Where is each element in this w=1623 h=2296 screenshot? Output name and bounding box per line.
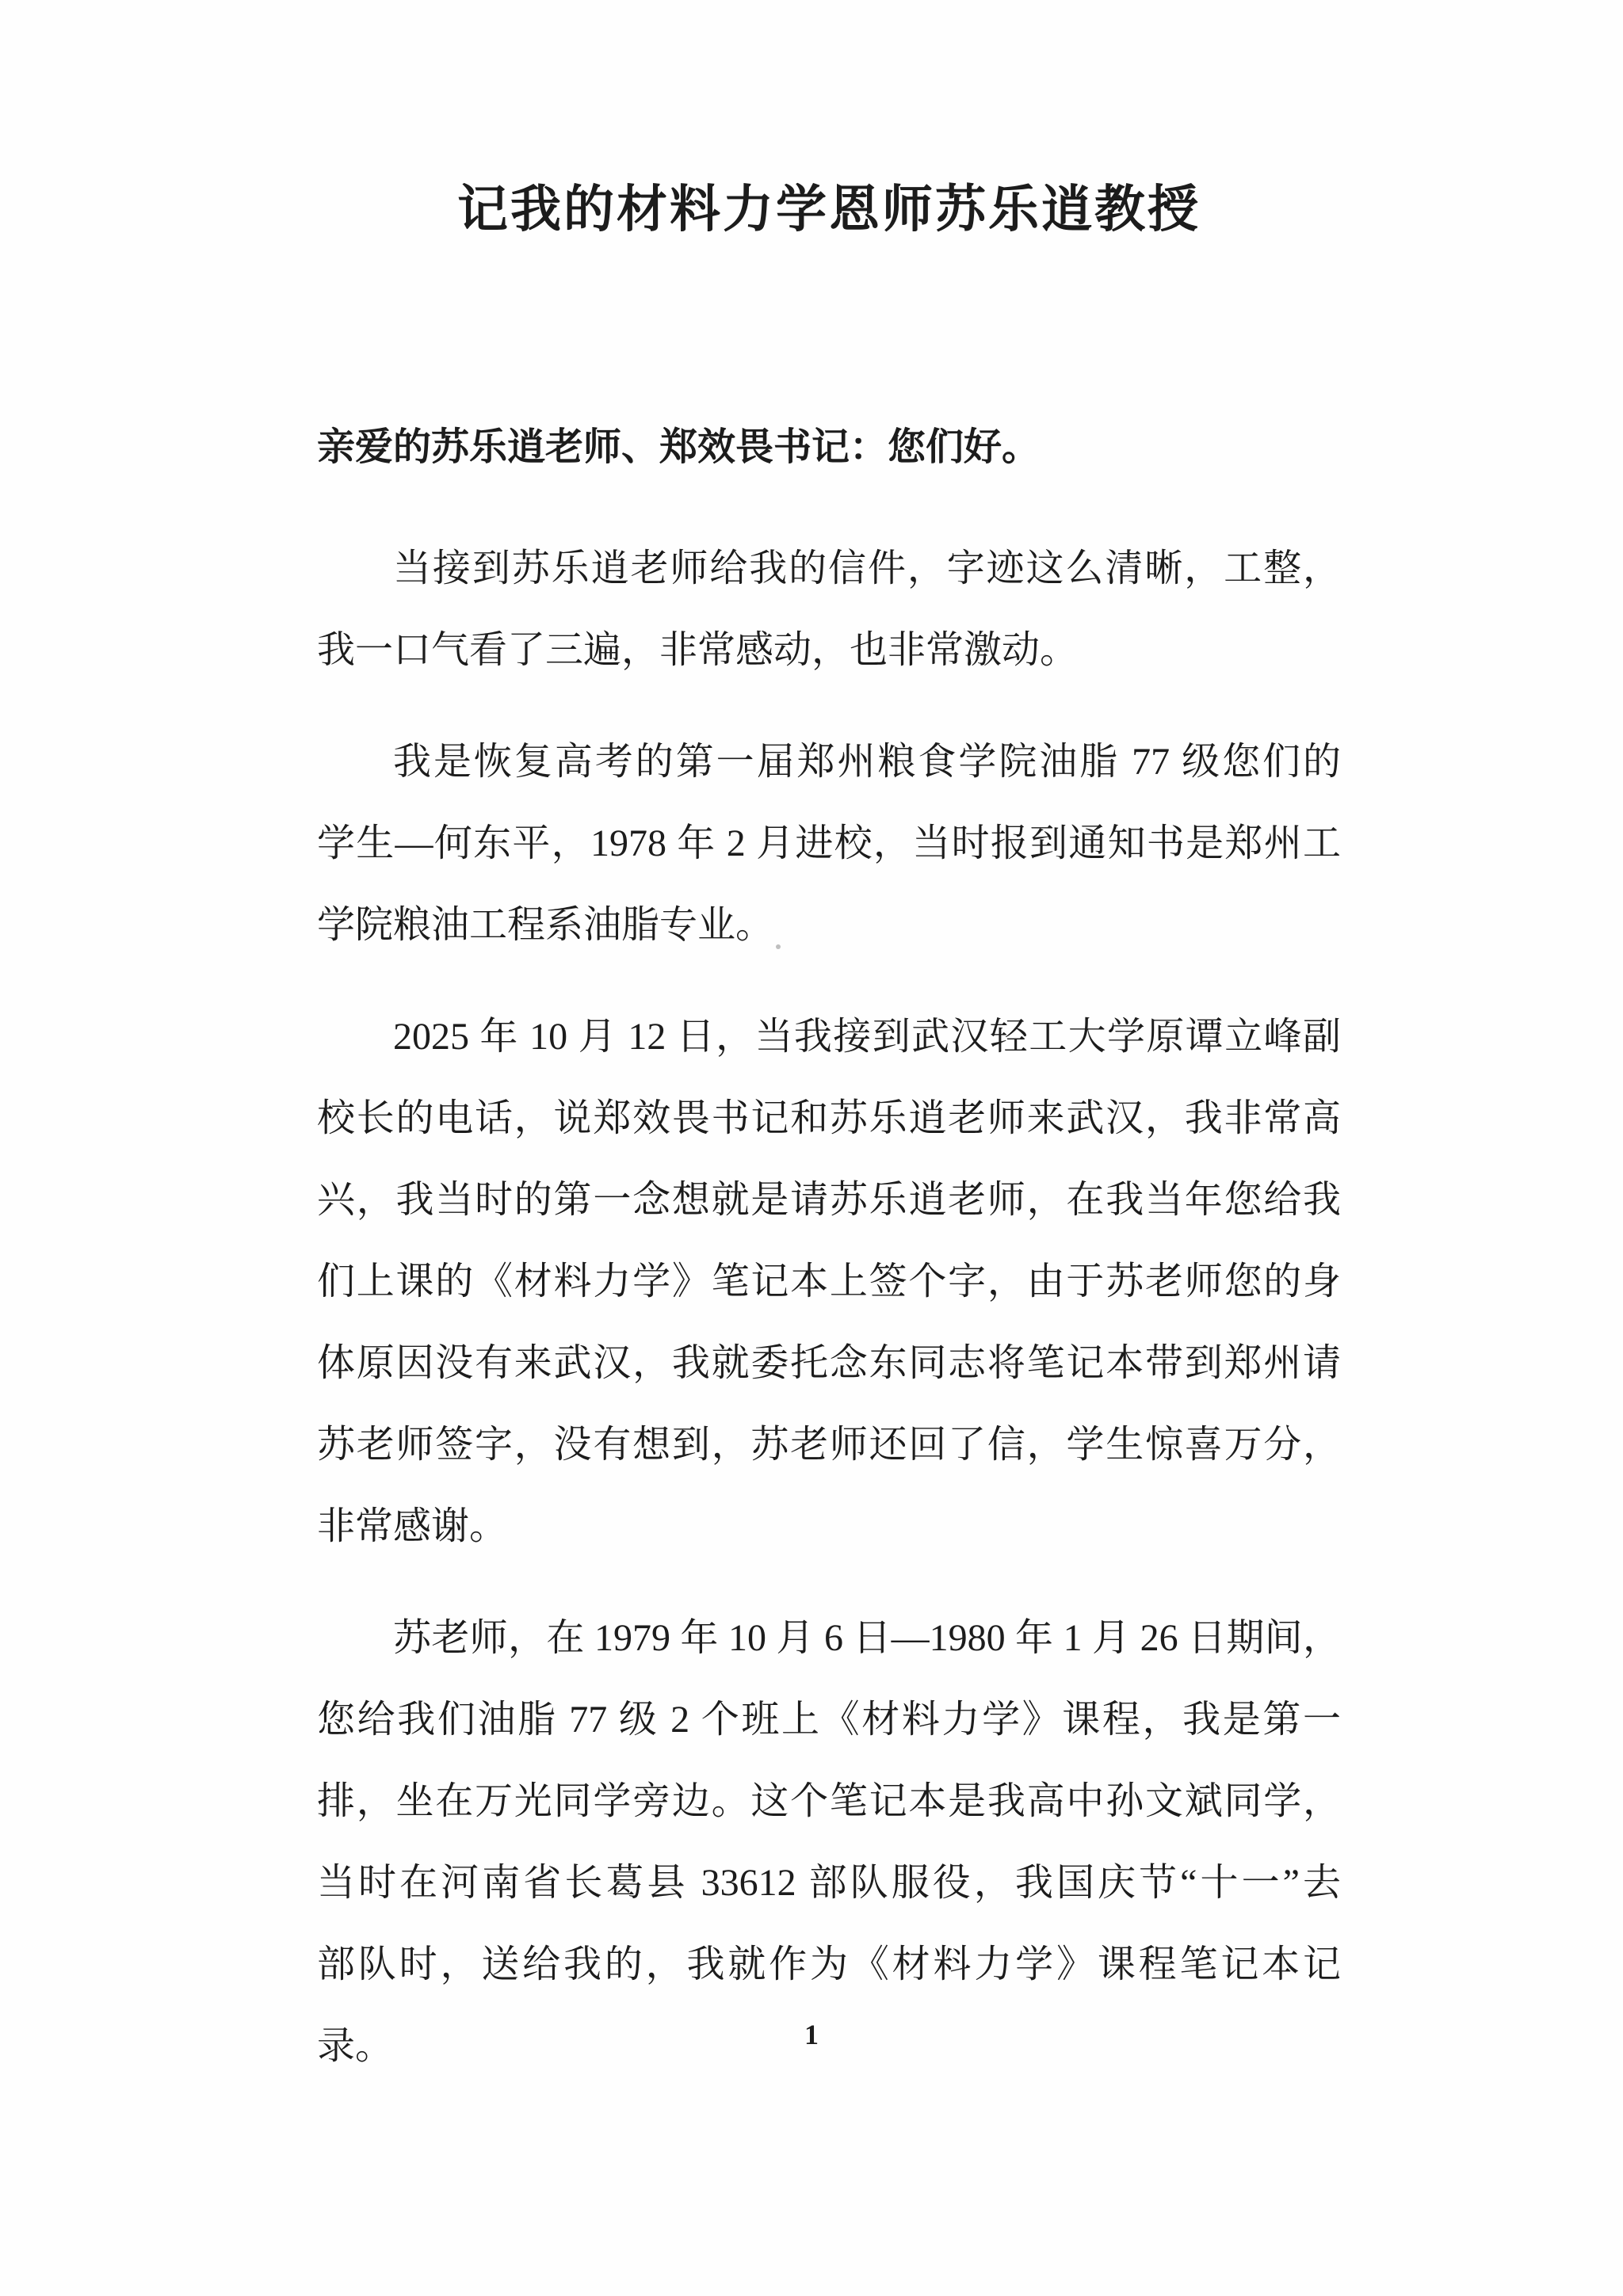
body-line: 学院粮油工程系油脂专业。	[317, 884, 1341, 966]
body-line: 我是恢复高考的第一届郑州粮食学院油脂 77 级您们的	[317, 721, 1341, 803]
body-line: 当时在河南省长葛县 33612 部队服役，我国庆节“十一”去	[317, 1842, 1341, 1924]
body-line: 体原因没有来武汉，我就委托念东同志将笔记本带到郑州请	[317, 1322, 1341, 1404]
body-line: 您给我们油脂 77 级 2 个班上《材料力学》课程，我是第一	[317, 1679, 1341, 1760]
salutation-line: 亲爱的苏乐逍老师、郑效畏书记：您们好。	[317, 406, 1341, 488]
body-line: 排，坐在万光同学旁边。这个笔记本是我高中孙文斌同学，	[317, 1760, 1341, 1842]
paragraph: 当接到苏乐逍老师给我的信件，字迹这么清晰，工整， 我一口气看了三遍，非常感动，也…	[317, 528, 1341, 691]
body-line: 们上课的《材料力学》笔记本上签个字，由于苏老师您的身	[317, 1241, 1341, 1322]
document-body: 记我的材料力学恩师苏乐逍教授 亲爱的苏乐逍老师、郑效畏书记：您们好。 当接到苏乐…	[317, 0, 1341, 2087]
body-line: 学生—何东平，1978 年 2 月进校，当时报到通知书是郑州工	[317, 803, 1341, 884]
page-number: 1	[0, 2019, 1623, 2050]
body-line: 2025 年 10 月 12 日，当我接到武汉轻工大学原谭立峰副	[317, 996, 1341, 1077]
document-page: 记我的材料力学恩师苏乐逍教授 亲爱的苏乐逍老师、郑效畏书记：您们好。 当接到苏乐…	[0, 0, 1623, 2296]
paragraph: 我是恢复高考的第一届郑州粮食学院油脂 77 级您们的 学生—何东平，1978 年…	[317, 721, 1341, 966]
body-line: 当接到苏乐逍老师给我的信件，字迹这么清晰，工整，	[317, 528, 1341, 609]
body-line: 部队时，送给我的，我就作为《材料力学》课程笔记本记录。	[317, 1924, 1341, 2087]
body-line: 苏老师签字，没有想到，苏老师还回了信，学生惊喜万分，	[317, 1404, 1341, 1486]
body-line: 非常感谢。	[317, 1486, 1341, 1567]
paragraph: 2025 年 10 月 12 日，当我接到武汉轻工大学原谭立峰副 校长的电话，说…	[317, 996, 1341, 1567]
paragraph: 苏老师，在 1979 年 10 月 6 日—1980 年 1 月 26 日期间，…	[317, 1597, 1341, 2087]
body-line: 我一口气看了三遍，非常感动，也非常激动。	[317, 609, 1341, 691]
scan-artifact-dot	[776, 944, 781, 949]
body-line: 兴，我当时的第一念想就是请苏乐逍老师，在我当年您给我	[317, 1159, 1341, 1241]
document-title: 记我的材料力学恩师苏乐逍教授	[317, 179, 1341, 239]
body-line: 校长的电话，说郑效畏书记和苏乐逍老师来武汉，我非常高	[317, 1077, 1341, 1159]
body-line: 苏老师，在 1979 年 10 月 6 日—1980 年 1 月 26 日期间，	[317, 1597, 1341, 1679]
